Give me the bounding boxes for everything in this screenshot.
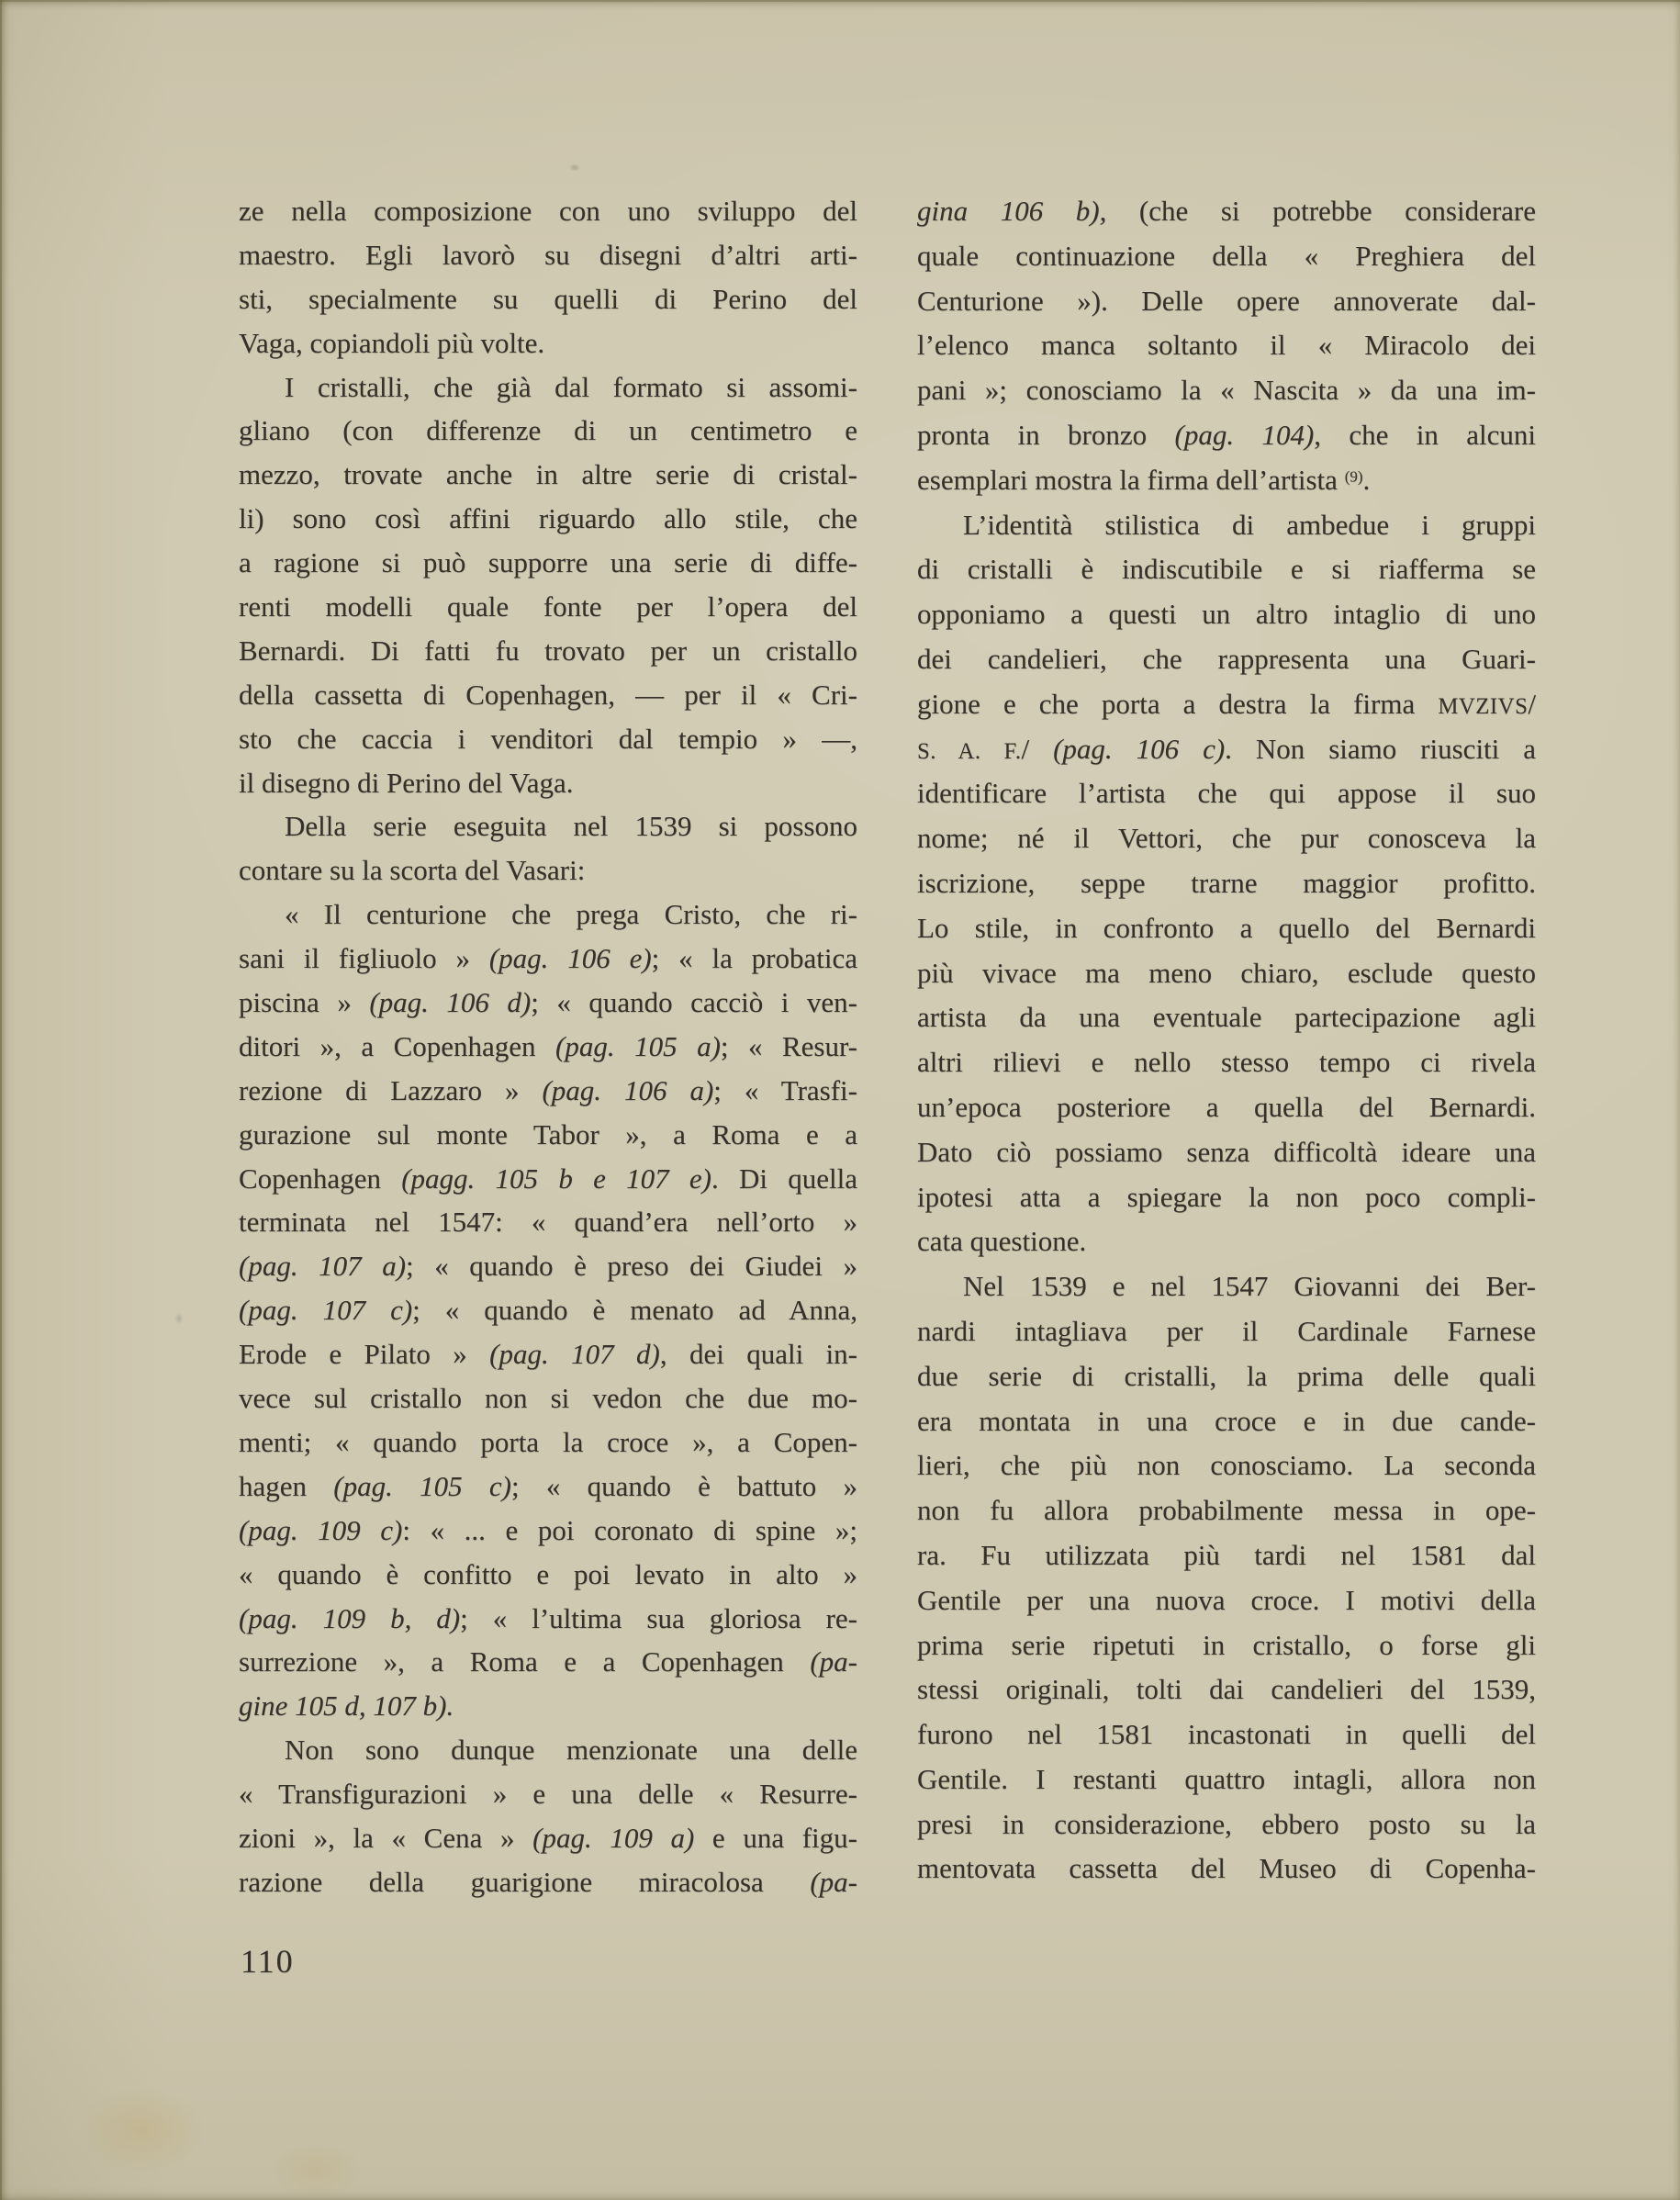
text-line: furono nel 1581 incastonati in quelli de…: [917, 1712, 1536, 1757]
text-line: Copenhagen (pagg. 105 b e 107 e). Di que…: [239, 1157, 857, 1201]
text-line: gurazione sul monte Tabor », a Roma e a: [239, 1113, 857, 1157]
text-line: (pag. 107 c); « quando è menato ad Anna,: [239, 1288, 857, 1332]
text-line: Vaga, copiandoli più volte.: [239, 321, 857, 365]
page-number: 110: [241, 1939, 295, 1983]
text-line: sto che caccia i venditori dal tempio » …: [239, 717, 857, 761]
text-line: Gentile. I restanti quattro intagli, all…: [917, 1757, 1536, 1802]
text-line: due serie di cristalli, la prima delle q…: [917, 1354, 1536, 1399]
text-line: ipotesi atta a spiegare la non poco comp…: [917, 1175, 1536, 1220]
text-line: il disegno di Perino del Vaga.: [239, 761, 857, 805]
text-line: più vivace ma meno chiaro, esclude quest…: [917, 951, 1536, 996]
text-line: Non sono dunque menzionate una delle: [239, 1728, 857, 1772]
text-line: maestro. Egli lavorò su disegni d’altri …: [239, 233, 857, 277]
text-line: a ragione si può supporre una serie di d…: [239, 541, 857, 585]
text-line: renti modelli quale fonte per l’opera de…: [239, 585, 857, 629]
text-line: Nel 1539 e nel 1547 Giovanni dei Ber-: [917, 1264, 1536, 1309]
text-line: ze nella composizione con uno sviluppo d…: [239, 189, 857, 233]
text-line: iscrizione, seppe trarne maggior profitt…: [917, 861, 1536, 906]
paper-stain-2: [266, 2139, 367, 2200]
text-line: hagen (pag. 105 c); « quando è battuto »: [239, 1465, 857, 1509]
text-line: gliano (con differenze di un centimetro …: [239, 409, 857, 453]
text-line: terminata nel 1547: « quand’era nell’ort…: [239, 1200, 857, 1244]
text-line: di cristalli è indiscutibile e si riaffe…: [917, 547, 1536, 592]
text-line: gina 106 b), (che si potrebbe considerar…: [917, 189, 1536, 234]
text-line: (pag. 107 a); « quando è preso dei Giude…: [239, 1244, 857, 1288]
paper-stain-1: [73, 2084, 211, 2176]
text-line: stessi originali, tolti dai candelieri d…: [917, 1667, 1536, 1712]
text-line: Erode e Pilato » (pag. 107 d), dei quali…: [239, 1332, 857, 1376]
text-line: gione e che porta a destra la firma MVZI…: [917, 682, 1536, 727]
book-page: ze nella composizione con uno sviluppo d…: [0, 0, 1680, 2200]
text-line: S. A. F./ (pag. 106 c). Non siamo riusci…: [917, 727, 1536, 772]
text-line: pani »; conosciamo la « Nascita » da una…: [917, 368, 1536, 413]
text-line: Lo stile, in confronto a quello del Bern…: [917, 906, 1536, 951]
text-line: li) sono così affini riguardo allo stile…: [239, 497, 857, 541]
text-line: « Transfigurazioni » e una delle « Resur…: [239, 1772, 857, 1816]
text-line: altri rilievi e nello stesso tempo ci ri…: [917, 1040, 1536, 1085]
text-line: Centurione »). Delle opere annoverate da…: [917, 279, 1536, 324]
text-line: lieri, che più non conosciamo. La second…: [917, 1443, 1536, 1488]
text-column-right: gina 106 b), (che si potrebbe considerar…: [917, 189, 1536, 1891]
text-line: dei candelieri, che rappresenta una Guar…: [917, 637, 1536, 682]
text-line: l’elenco manca soltanto il « Miracolo de…: [917, 323, 1536, 368]
text-line: rezione di Lazzaro » (pag. 106 a); « Tra…: [239, 1069, 857, 1113]
text-line: vece sul cristallo non si vedon che due …: [239, 1376, 857, 1420]
text-line: nardi intagliava per il Cardinale Farnes…: [917, 1309, 1536, 1354]
text-line: menti; « quando porta la croce », a Cope…: [239, 1420, 857, 1465]
text-line: (pag. 109 b, d); « l’ultima sua gloriosa…: [239, 1597, 857, 1641]
text-line: « Il centurione che prega Cristo, che ri…: [239, 892, 857, 937]
text-column-left: ze nella composizione con uno sviluppo d…: [239, 189, 857, 1904]
text-line: surrezione », a Roma e a Copenhagen (pa-: [239, 1640, 857, 1684]
text-line: era montata in una croce e in due cande-: [917, 1399, 1536, 1444]
text-line: Bernardi. Di fatti fu trovato per un cri…: [239, 629, 857, 673]
text-line: mentovata cassetta del Museo di Copenha-: [917, 1846, 1536, 1891]
text-line: Dato ciò possiamo senza difficoltà idear…: [917, 1130, 1536, 1175]
text-line: cata questione.: [917, 1219, 1536, 1264]
text-line: razione della guarigione miracolosa (pa-: [239, 1860, 857, 1904]
text-line: Della serie eseguita nel 1539 si possono: [239, 804, 857, 848]
text-line: prima serie ripetuti in cristallo, o for…: [917, 1623, 1536, 1668]
text-line: ditori », a Copenhagen (pag. 105 a); « R…: [239, 1025, 857, 1069]
text-line: sti, specialmente su quelli di Perino de…: [239, 277, 857, 321]
text-line: opponiamo a questi un altro intaglio di …: [917, 592, 1536, 637]
text-line: un’epoca posteriore a quella del Bernard…: [917, 1085, 1536, 1130]
text-line: Gentile per una nuova croce. I motivi de…: [917, 1578, 1536, 1623]
text-line: pronta in bronzo (pag. 104), che in alcu…: [917, 413, 1536, 458]
text-line: non fu allora probabilmente messa in ope…: [917, 1488, 1536, 1533]
text-line: nome; né il Vettori, che pur conosceva l…: [917, 816, 1536, 861]
text-line: quale continuazione della « Preghiera de…: [917, 234, 1536, 279]
text-line: identificare l’artista che qui appose il…: [917, 771, 1536, 816]
text-line: ra. Fu utilizzata più tardi nel 1581 dal: [917, 1533, 1536, 1578]
text-line: « quando è confitto e poi levato in alto…: [239, 1553, 857, 1597]
text-line: sani il figliuolo » (pag. 106 e); « la p…: [239, 937, 857, 981]
paper-speck-2: [174, 1313, 184, 1324]
text-line: esemplari mostra la firma dell’artista (…: [917, 458, 1536, 503]
text-line: artista da una eventuale partecipazione …: [917, 995, 1536, 1040]
text-line: contare su la scorta del Vasari:: [239, 848, 857, 892]
text-line: I cristalli, che già dal formato si asso…: [239, 365, 857, 410]
text-line: piscina » (pag. 106 d); « quando cacciò …: [239, 981, 857, 1025]
paper-speck-1: [569, 163, 580, 172]
text-line: presi in considerazione, ebbero posto su…: [917, 1802, 1536, 1847]
text-line: (pag. 109 c): « ... e poi coronato di sp…: [239, 1509, 857, 1553]
text-line: della cassetta di Copenhagen, — per il «…: [239, 673, 857, 717]
text-line: L’identità stilistica di ambedue i grupp…: [917, 503, 1536, 548]
text-line: zioni », la « Cena » (pag. 109 a) e una …: [239, 1816, 857, 1860]
text-line: gine 105 d, 107 b).: [239, 1684, 857, 1728]
text-line: mezzo, trovate anche in altre serie di c…: [239, 453, 857, 497]
